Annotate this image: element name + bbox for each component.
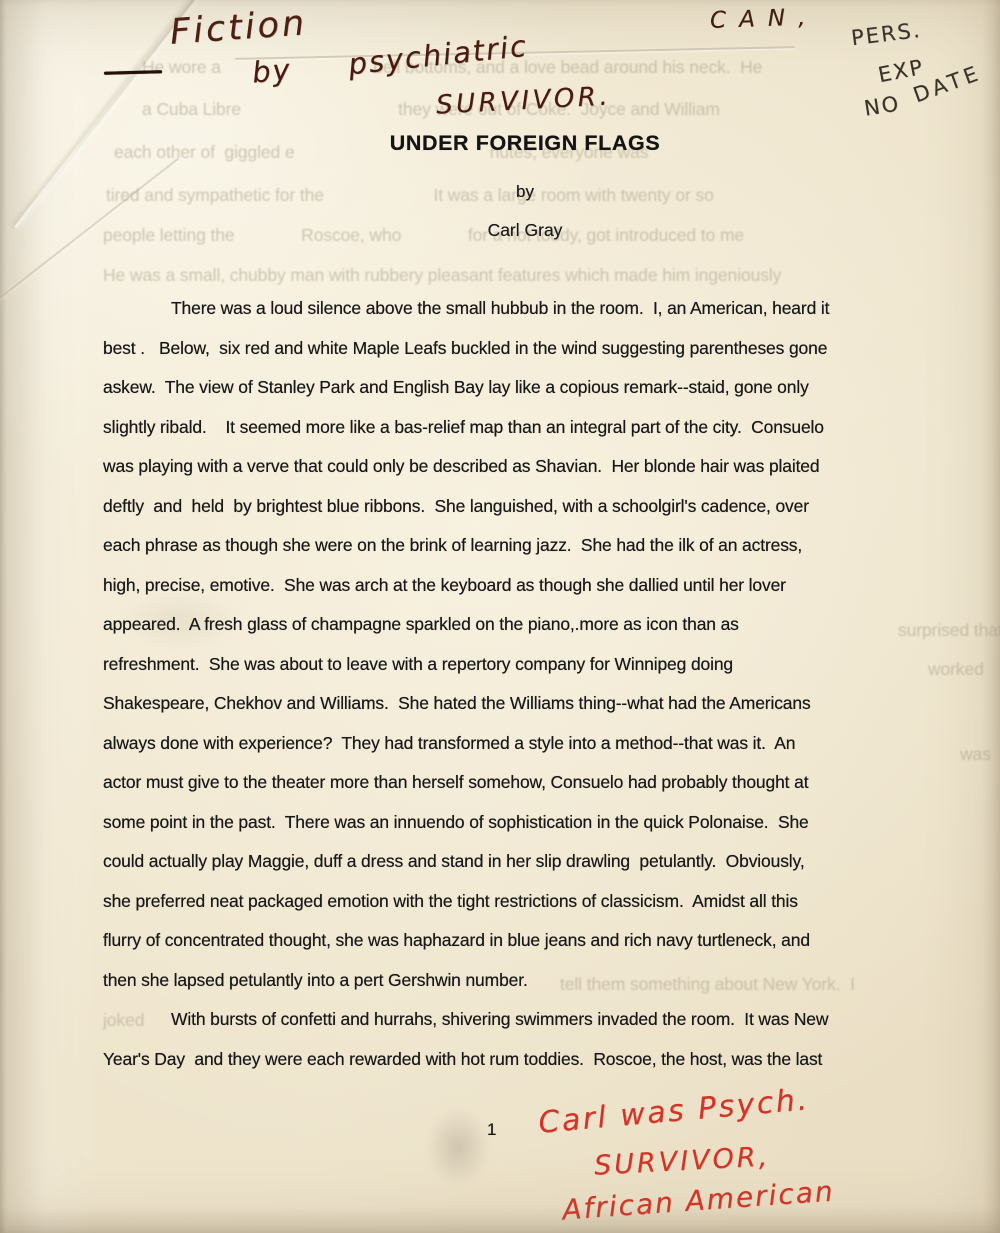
annotation-can: CAN, [710,4,819,34]
bleedthrough-line: a Cuba Libre they were out of Coke. Joyc… [142,99,720,120]
annotation-carl-was-psych: Carl was Psych. [537,1082,811,1141]
document-title: UNDER FOREIGN FLAGS [100,131,950,156]
body-line: refreshment. She was about to leave with… [103,653,893,693]
annotation-no: NO [862,91,902,120]
body-line: could actually play Maggie, duff a dress… [103,850,893,890]
body-line: flurry of concentrated thought, she was … [103,929,893,969]
body-line: slightly ribald. It seemed more like a b… [103,416,893,456]
scanned-page: He wore a bell bottoms, and a love bead … [0,0,1000,1233]
annotation-fiction: Fiction [169,3,309,52]
annotation-by: by [251,52,293,89]
paper-right-edge [982,0,1000,1233]
body-line: then she lapsed petulantly into a pert G… [103,969,893,1009]
bleedthrough-line: surprised that [898,620,1000,641]
bleedthrough-line: worked [928,659,984,680]
body-line: There was a loud silence above the small… [103,297,893,337]
body-line: she preferred neat packaged emotion with… [103,890,893,930]
bleedthrough-line: He was a small, chubby man with rubbery … [103,265,781,286]
body-line: deftly and held by brightest blue ribbon… [103,495,893,535]
body-line: Year's Day and they were each rewarded w… [103,1048,893,1088]
document-heading: UNDER FOREIGN FLAGS by Carl Gray [100,131,950,241]
annotation-survivor-red: SURVIVOR, [593,1141,771,1181]
body-line: askew. The view of Stanley Park and Engl… [103,376,893,416]
document-author: Carl Gray [100,220,950,241]
body-line: Shakespeare, Chekhov and Williams. She h… [103,692,893,732]
paper-bottom-edge [0,1207,1000,1233]
body-line: always done with experience? They had tr… [103,732,893,772]
body-line: best . Below, six red and white Maple Le… [103,337,893,377]
page-number: 1 [487,1120,497,1140]
document-body: There was a loud silence above the small… [103,297,893,1087]
bleedthrough-line: was [960,744,991,765]
document-byline: by [100,182,950,202]
body-line: high, precise, emotive. She was arch at … [103,574,893,614]
smudge-mark [426,1108,490,1186]
body-line: each phrase as though she were on the br… [103,534,893,574]
annotation-pers: PERS. [850,18,923,50]
body-line: actor must give to the theater more than… [103,771,893,811]
body-line: was playing with a verve that could only… [103,455,893,495]
body-line: With bursts of confetti and hurrahs, shi… [103,1008,893,1048]
body-line: some point in the past. There was an inn… [103,811,893,851]
body-line: appeared. A fresh glass of champagne spa… [103,613,893,653]
